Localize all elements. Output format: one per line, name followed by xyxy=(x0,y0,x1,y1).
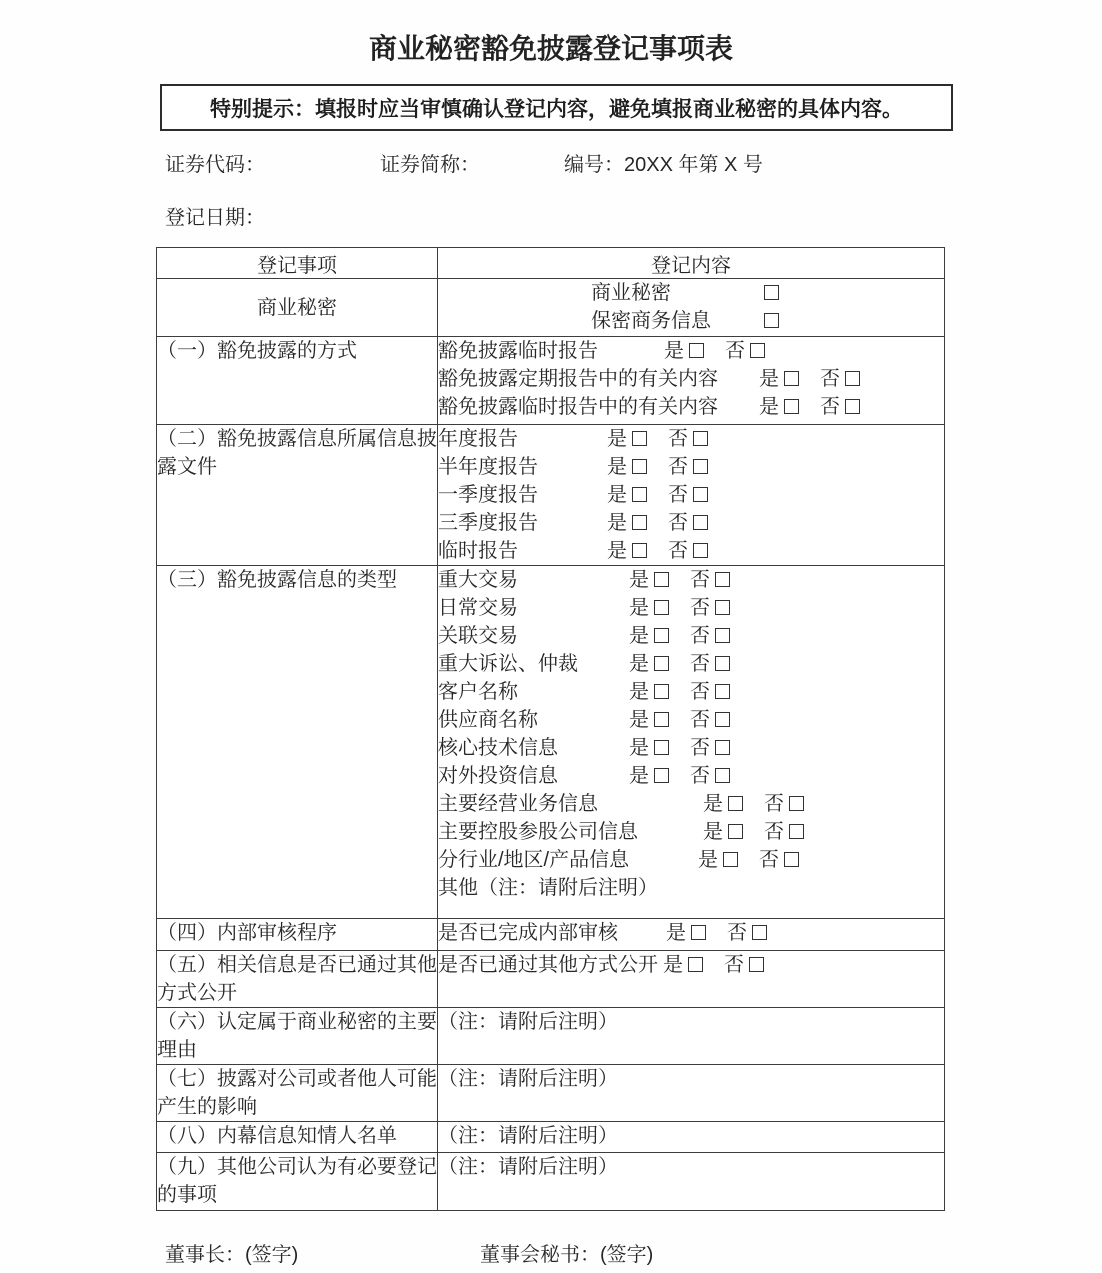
no-checkbox-icon[interactable] xyxy=(693,543,708,558)
content-line-label: 商业秘密 xyxy=(591,282,671,304)
content-cell: （注：请附后注明） xyxy=(438,1122,945,1153)
no-label: 否 xyxy=(668,484,688,506)
yes-label: 是 xyxy=(629,737,649,759)
content-line-label: （注：请附后注明） xyxy=(438,1156,618,1178)
content-line-label: 是否已通过其他方式公开 xyxy=(438,954,658,976)
content-line-label: 保密商务信息 xyxy=(591,310,711,332)
yes-checkbox-icon[interactable] xyxy=(632,459,647,474)
content-line: 是否已完成内部审核是否 xyxy=(438,919,944,947)
registration-table: 登记事项 登记内容 商业秘密商业秘密保密商务信息（一）豁免披露的方式豁免披露临时… xyxy=(156,247,945,1211)
content-line: 关联交易是否 xyxy=(438,622,944,650)
yes-label: 是 xyxy=(664,340,684,362)
yes-checkbox-icon[interactable] xyxy=(654,768,669,783)
yes-checkbox-icon[interactable] xyxy=(728,824,743,839)
content-line-label: 豁免披露临时报告中的有关内容 xyxy=(438,396,718,418)
no-checkbox-icon[interactable] xyxy=(715,684,730,699)
table-row: （三）豁免披露信息的类型重大交易是否日常交易是否关联交易是否重大诉讼、仲裁是否客… xyxy=(157,566,945,919)
item-cell: （一）豁免披露的方式 xyxy=(157,337,438,425)
yes-label: 是 xyxy=(607,456,627,478)
content-line: （注：请附后注明） xyxy=(438,1122,944,1150)
no-label: 否 xyxy=(690,625,710,647)
no-label: 否 xyxy=(668,456,688,478)
no-checkbox-icon[interactable] xyxy=(715,768,730,783)
content-line: 分行业/地区/产品信息是否 xyxy=(438,846,944,874)
content-line-label: 日常交易 xyxy=(438,597,518,619)
no-checkbox-icon[interactable] xyxy=(693,459,708,474)
yes-checkbox-icon[interactable] xyxy=(632,431,647,446)
document-number: 编号：20XX 年第 X 号 xyxy=(564,148,763,177)
no-checkbox-icon[interactable] xyxy=(693,515,708,530)
content-cell: 是否已通过其他方式公开是否 xyxy=(438,951,945,1008)
securities-code-label: 证券代码： xyxy=(165,148,265,177)
content-line-label: 主要控股参股公司信息 xyxy=(438,821,638,843)
yes-checkbox-icon[interactable] xyxy=(632,515,647,530)
table-row: （五）相关信息是否已通过其他方式公开是否已通过其他方式公开是否 xyxy=(157,951,945,1008)
registration-table-body: 商业秘密商业秘密保密商务信息（一）豁免披露的方式豁免披露临时报告是否豁免披露定期… xyxy=(157,279,945,1211)
chairman-signature-label: 董事长：(签字) xyxy=(165,1238,298,1267)
no-checkbox-icon[interactable] xyxy=(715,712,730,727)
item-cell: （九）其他公司认为有必要登记的事项 xyxy=(157,1153,438,1211)
yes-label: 是 xyxy=(759,396,779,418)
no-label: 否 xyxy=(690,709,710,731)
yes-label: 是 xyxy=(663,954,683,976)
no-checkbox-icon[interactable] xyxy=(715,572,730,587)
item-cell: （五）相关信息是否已通过其他方式公开 xyxy=(157,951,438,1008)
no-checkbox-icon[interactable] xyxy=(752,925,767,940)
table-row: （一）豁免披露的方式豁免披露临时报告是否豁免披露定期报告中的有关内容是否豁免披露… xyxy=(157,337,945,425)
no-label: 否 xyxy=(690,681,710,703)
no-checkbox-icon[interactable] xyxy=(749,957,764,972)
content-line: 临时报告是否 xyxy=(438,537,944,565)
no-checkbox-icon[interactable] xyxy=(784,852,799,867)
content-line-label: 豁免披露定期报告中的有关内容 xyxy=(438,368,718,390)
content-line: 主要控股参股公司信息是否 xyxy=(438,818,944,846)
yes-label: 是 xyxy=(698,849,718,871)
no-label: 否 xyxy=(727,922,747,944)
item-cell: （八）内幕信息知情人名单 xyxy=(157,1122,438,1153)
no-label: 否 xyxy=(690,653,710,675)
yes-checkbox-icon[interactable] xyxy=(654,656,669,671)
content-line-label: 豁免披露临时报告 xyxy=(438,340,598,362)
content-line-label: 分行业/地区/产品信息 xyxy=(438,849,629,871)
content-line: 重大交易是否 xyxy=(438,566,944,594)
yes-no-checkbox-group: 是否 xyxy=(629,734,730,762)
yes-label: 是 xyxy=(607,428,627,450)
col-header-content: 登记内容 xyxy=(438,248,945,279)
no-label: 否 xyxy=(690,765,710,787)
yes-no-checkbox-group: 是否 xyxy=(629,678,730,706)
item-cell: （七）披露对公司或者他人可能产生的影响 xyxy=(157,1065,438,1122)
no-label: 否 xyxy=(668,540,688,562)
content-cell: 是否已完成内部审核是否 xyxy=(438,919,945,951)
content-line-label: 供应商名称 xyxy=(438,709,538,731)
no-label: 否 xyxy=(759,849,779,871)
yes-label: 是 xyxy=(629,597,649,619)
yes-no-checkbox-group: 是否 xyxy=(663,951,764,979)
yes-label: 是 xyxy=(607,540,627,562)
content-line: （注：请附后注明） xyxy=(438,1008,944,1036)
checkbox-icon[interactable] xyxy=(764,313,779,328)
item-cell: 商业秘密 xyxy=(157,279,438,337)
checkbox-group xyxy=(759,279,779,307)
checkbox-icon[interactable] xyxy=(764,285,779,300)
content-line: 是否已通过其他方式公开是否 xyxy=(438,951,944,979)
content-line: 三季度报告是否 xyxy=(438,509,944,537)
checkbox-group xyxy=(759,307,779,335)
content-line: 半年度报告是否 xyxy=(438,453,944,481)
content-line: 日常交易是否 xyxy=(438,594,944,622)
no-checkbox-icon[interactable] xyxy=(845,399,860,414)
securities-abbr-label: 证券简称： xyxy=(380,148,480,177)
content-line: 其他（注：请附后注明） xyxy=(438,874,944,902)
yes-no-checkbox-group: 是否 xyxy=(666,919,767,947)
yes-label: 是 xyxy=(629,569,649,591)
no-checkbox-icon[interactable] xyxy=(715,740,730,755)
content-line-label: 核心技术信息 xyxy=(438,737,558,759)
yes-label: 是 xyxy=(629,765,649,787)
no-label: 否 xyxy=(690,737,710,759)
content-line-label: 对外投资信息 xyxy=(438,765,558,787)
registration-date-label: 登记日期： xyxy=(165,201,265,230)
content-line-label: 重大交易 xyxy=(438,569,518,591)
document-page: 商业秘密豁免披露登记事项表 特别提示：填报时应当审慎确认登记内容，避免填报商业秘… xyxy=(0,0,1102,1273)
yes-label: 是 xyxy=(666,922,686,944)
yes-checkbox-icon[interactable] xyxy=(654,600,669,615)
no-checkbox-icon[interactable] xyxy=(789,824,804,839)
yes-checkbox-icon[interactable] xyxy=(784,371,799,386)
yes-checkbox-icon[interactable] xyxy=(654,740,669,755)
no-label: 否 xyxy=(690,597,710,619)
no-label: 否 xyxy=(690,569,710,591)
content-cell: 豁免披露临时报告是否豁免披露定期报告中的有关内容是否豁免披露临时报告中的有关内容… xyxy=(438,337,945,425)
content-line-label: 是否已完成内部审核 xyxy=(438,922,618,944)
item-cell: （二）豁免披露信息所属信息披露文件 xyxy=(157,425,438,566)
no-checkbox-icon[interactable] xyxy=(715,600,730,615)
yes-checkbox-icon[interactable] xyxy=(632,487,647,502)
content-line-label: 其他（注：请附后注明） xyxy=(438,877,658,899)
table-row: （九）其他公司认为有必要登记的事项（注：请附后注明） xyxy=(157,1153,945,1211)
no-checkbox-icon[interactable] xyxy=(693,431,708,446)
yes-label: 是 xyxy=(703,821,723,843)
secretary-signature-label: 董事会秘书：(签字) xyxy=(480,1238,653,1267)
no-checkbox-icon[interactable] xyxy=(789,796,804,811)
content-line: （注：请附后注明） xyxy=(438,1065,944,1093)
no-checkbox-icon[interactable] xyxy=(715,628,730,643)
content-line: 年度报告是否 xyxy=(438,425,944,453)
yes-no-checkbox-group: 是否 xyxy=(629,622,730,650)
yes-checkbox-icon[interactable] xyxy=(654,684,669,699)
yes-label: 是 xyxy=(629,653,649,675)
no-checkbox-icon[interactable] xyxy=(715,656,730,671)
yes-no-checkbox-group: 是否 xyxy=(703,818,804,846)
content-line: 对外投资信息是否 xyxy=(438,762,944,790)
yes-checkbox-icon[interactable] xyxy=(728,796,743,811)
content-line: 供应商名称是否 xyxy=(438,706,944,734)
content-line-label: （注：请附后注明） xyxy=(438,1125,618,1147)
yes-checkbox-icon[interactable] xyxy=(654,712,669,727)
yes-no-checkbox-group: 是否 xyxy=(629,762,730,790)
content-line: 豁免披露临时报告中的有关内容是否 xyxy=(438,393,944,421)
yes-no-checkbox-group: 是否 xyxy=(607,481,708,509)
content-line: 商业秘密 xyxy=(438,279,944,307)
yes-no-checkbox-group: 是否 xyxy=(607,537,708,565)
notice-text: 特别提示：填报时应当审慎确认登记内容，避免填报商业秘密的具体内容。 xyxy=(210,93,903,123)
notice-box: 特别提示：填报时应当审慎确认登记内容，避免填报商业秘密的具体内容。 xyxy=(160,84,953,131)
yes-label: 是 xyxy=(703,793,723,815)
yes-label: 是 xyxy=(629,681,649,703)
table-row: （四）内部审核程序是否已完成内部审核是否 xyxy=(157,919,945,951)
no-label: 否 xyxy=(668,512,688,534)
item-cell: （三）豁免披露信息的类型 xyxy=(157,566,438,919)
yes-label: 是 xyxy=(607,484,627,506)
yes-checkbox-icon[interactable] xyxy=(691,925,706,940)
yes-no-checkbox-group: 是否 xyxy=(607,453,708,481)
no-checkbox-icon[interactable] xyxy=(845,371,860,386)
content-line-label: 重大诉讼、仲裁 xyxy=(438,653,578,675)
content-cell: （注：请附后注明） xyxy=(438,1008,945,1065)
yes-no-checkbox-group: 是否 xyxy=(629,566,730,594)
content-cell: 重大交易是否日常交易是否关联交易是否重大诉讼、仲裁是否客户名称是否供应商名称是否… xyxy=(438,566,945,919)
yes-no-checkbox-group: 是否 xyxy=(703,790,804,818)
content-cell: （注：请附后注明） xyxy=(438,1153,945,1211)
yes-no-checkbox-group: 是否 xyxy=(759,365,860,393)
content-line-label: 客户名称 xyxy=(438,681,518,703)
table-row: （二）豁免披露信息所属信息披露文件年度报告是否半年度报告是否一季度报告是否三季度… xyxy=(157,425,945,566)
yes-no-checkbox-group: 是否 xyxy=(698,846,799,874)
content-line-label: 一季度报告 xyxy=(438,484,538,506)
no-label: 否 xyxy=(725,340,745,362)
content-line-label: （注：请附后注明） xyxy=(438,1011,618,1033)
no-label: 否 xyxy=(820,396,840,418)
content-line-label: 临时报告 xyxy=(438,540,518,562)
content-line: 保密商务信息 xyxy=(438,307,944,335)
content-line-label: 主要经营业务信息 xyxy=(438,793,598,815)
yes-checkbox-icon[interactable] xyxy=(784,399,799,414)
no-checkbox-icon[interactable] xyxy=(750,343,765,358)
table-row: （八）内幕信息知情人名单（注：请附后注明） xyxy=(157,1122,945,1153)
table-header-row: 登记事项 登记内容 xyxy=(157,248,945,279)
content-cell: 商业秘密保密商务信息 xyxy=(438,279,945,337)
content-line-label: （注：请附后注明） xyxy=(438,1068,618,1090)
no-checkbox-icon[interactable] xyxy=(693,487,708,502)
no-label: 否 xyxy=(724,954,744,976)
no-label: 否 xyxy=(764,793,784,815)
content-line-label: 三季度报告 xyxy=(438,512,538,534)
yes-no-checkbox-group: 是否 xyxy=(759,393,860,421)
yes-label: 是 xyxy=(629,625,649,647)
yes-no-checkbox-group: 是否 xyxy=(664,337,765,365)
no-label: 否 xyxy=(764,821,784,843)
no-label: 否 xyxy=(668,428,688,450)
yes-label: 是 xyxy=(629,709,649,731)
document-meta: 证券代码： 证券简称： 编号：20XX 年第 X 号 xyxy=(0,148,1102,174)
col-header-item: 登记事项 xyxy=(157,248,438,279)
yes-checkbox-icon[interactable] xyxy=(723,852,738,867)
table-row: （七）披露对公司或者他人可能产生的影响（注：请附后注明） xyxy=(157,1065,945,1122)
table-row: （六）认定属于商业秘密的主要理由（注：请附后注明） xyxy=(157,1008,945,1065)
content-line: 主要经营业务信息是否 xyxy=(438,790,944,818)
content-cell: （注：请附后注明） xyxy=(438,1065,945,1122)
page-title: 商业秘密豁免披露登记事项表 xyxy=(0,27,1102,67)
yes-checkbox-icon[interactable] xyxy=(654,572,669,587)
item-cell: （六）认定属于商业秘密的主要理由 xyxy=(157,1008,438,1065)
content-line: 客户名称是否 xyxy=(438,678,944,706)
yes-no-checkbox-group: 是否 xyxy=(629,706,730,734)
yes-no-checkbox-group: 是否 xyxy=(607,509,708,537)
signature-footer: 董事长：(签字) 董事会秘书：(签字) xyxy=(0,1238,1102,1268)
content-line: （注：请附后注明） xyxy=(438,1153,944,1181)
yes-checkbox-icon[interactable] xyxy=(689,343,704,358)
item-cell: （四）内部审核程序 xyxy=(157,919,438,951)
content-cell: 年度报告是否半年度报告是否一季度报告是否三季度报告是否临时报告是否 xyxy=(438,425,945,566)
content-line: 豁免披露定期报告中的有关内容是否 xyxy=(438,365,944,393)
content-line: 重大诉讼、仲裁是否 xyxy=(438,650,944,678)
content-line-label: 年度报告 xyxy=(438,428,518,450)
content-line: 核心技术信息是否 xyxy=(438,734,944,762)
yes-no-checkbox-group: 是否 xyxy=(629,650,730,678)
content-line: 豁免披露临时报告是否 xyxy=(438,337,944,365)
yes-checkbox-icon[interactable] xyxy=(654,628,669,643)
content-line: 一季度报告是否 xyxy=(438,481,944,509)
yes-no-checkbox-group: 是否 xyxy=(629,594,730,622)
yes-checkbox-icon[interactable] xyxy=(632,543,647,558)
content-line-label: 关联交易 xyxy=(438,625,518,647)
no-label: 否 xyxy=(820,368,840,390)
yes-label: 是 xyxy=(607,512,627,534)
yes-no-checkbox-group: 是否 xyxy=(607,425,708,453)
content-line-label: 半年度报告 xyxy=(438,456,538,478)
yes-checkbox-icon[interactable] xyxy=(688,957,703,972)
table-row: 商业秘密商业秘密保密商务信息 xyxy=(157,279,945,337)
yes-label: 是 xyxy=(759,368,779,390)
